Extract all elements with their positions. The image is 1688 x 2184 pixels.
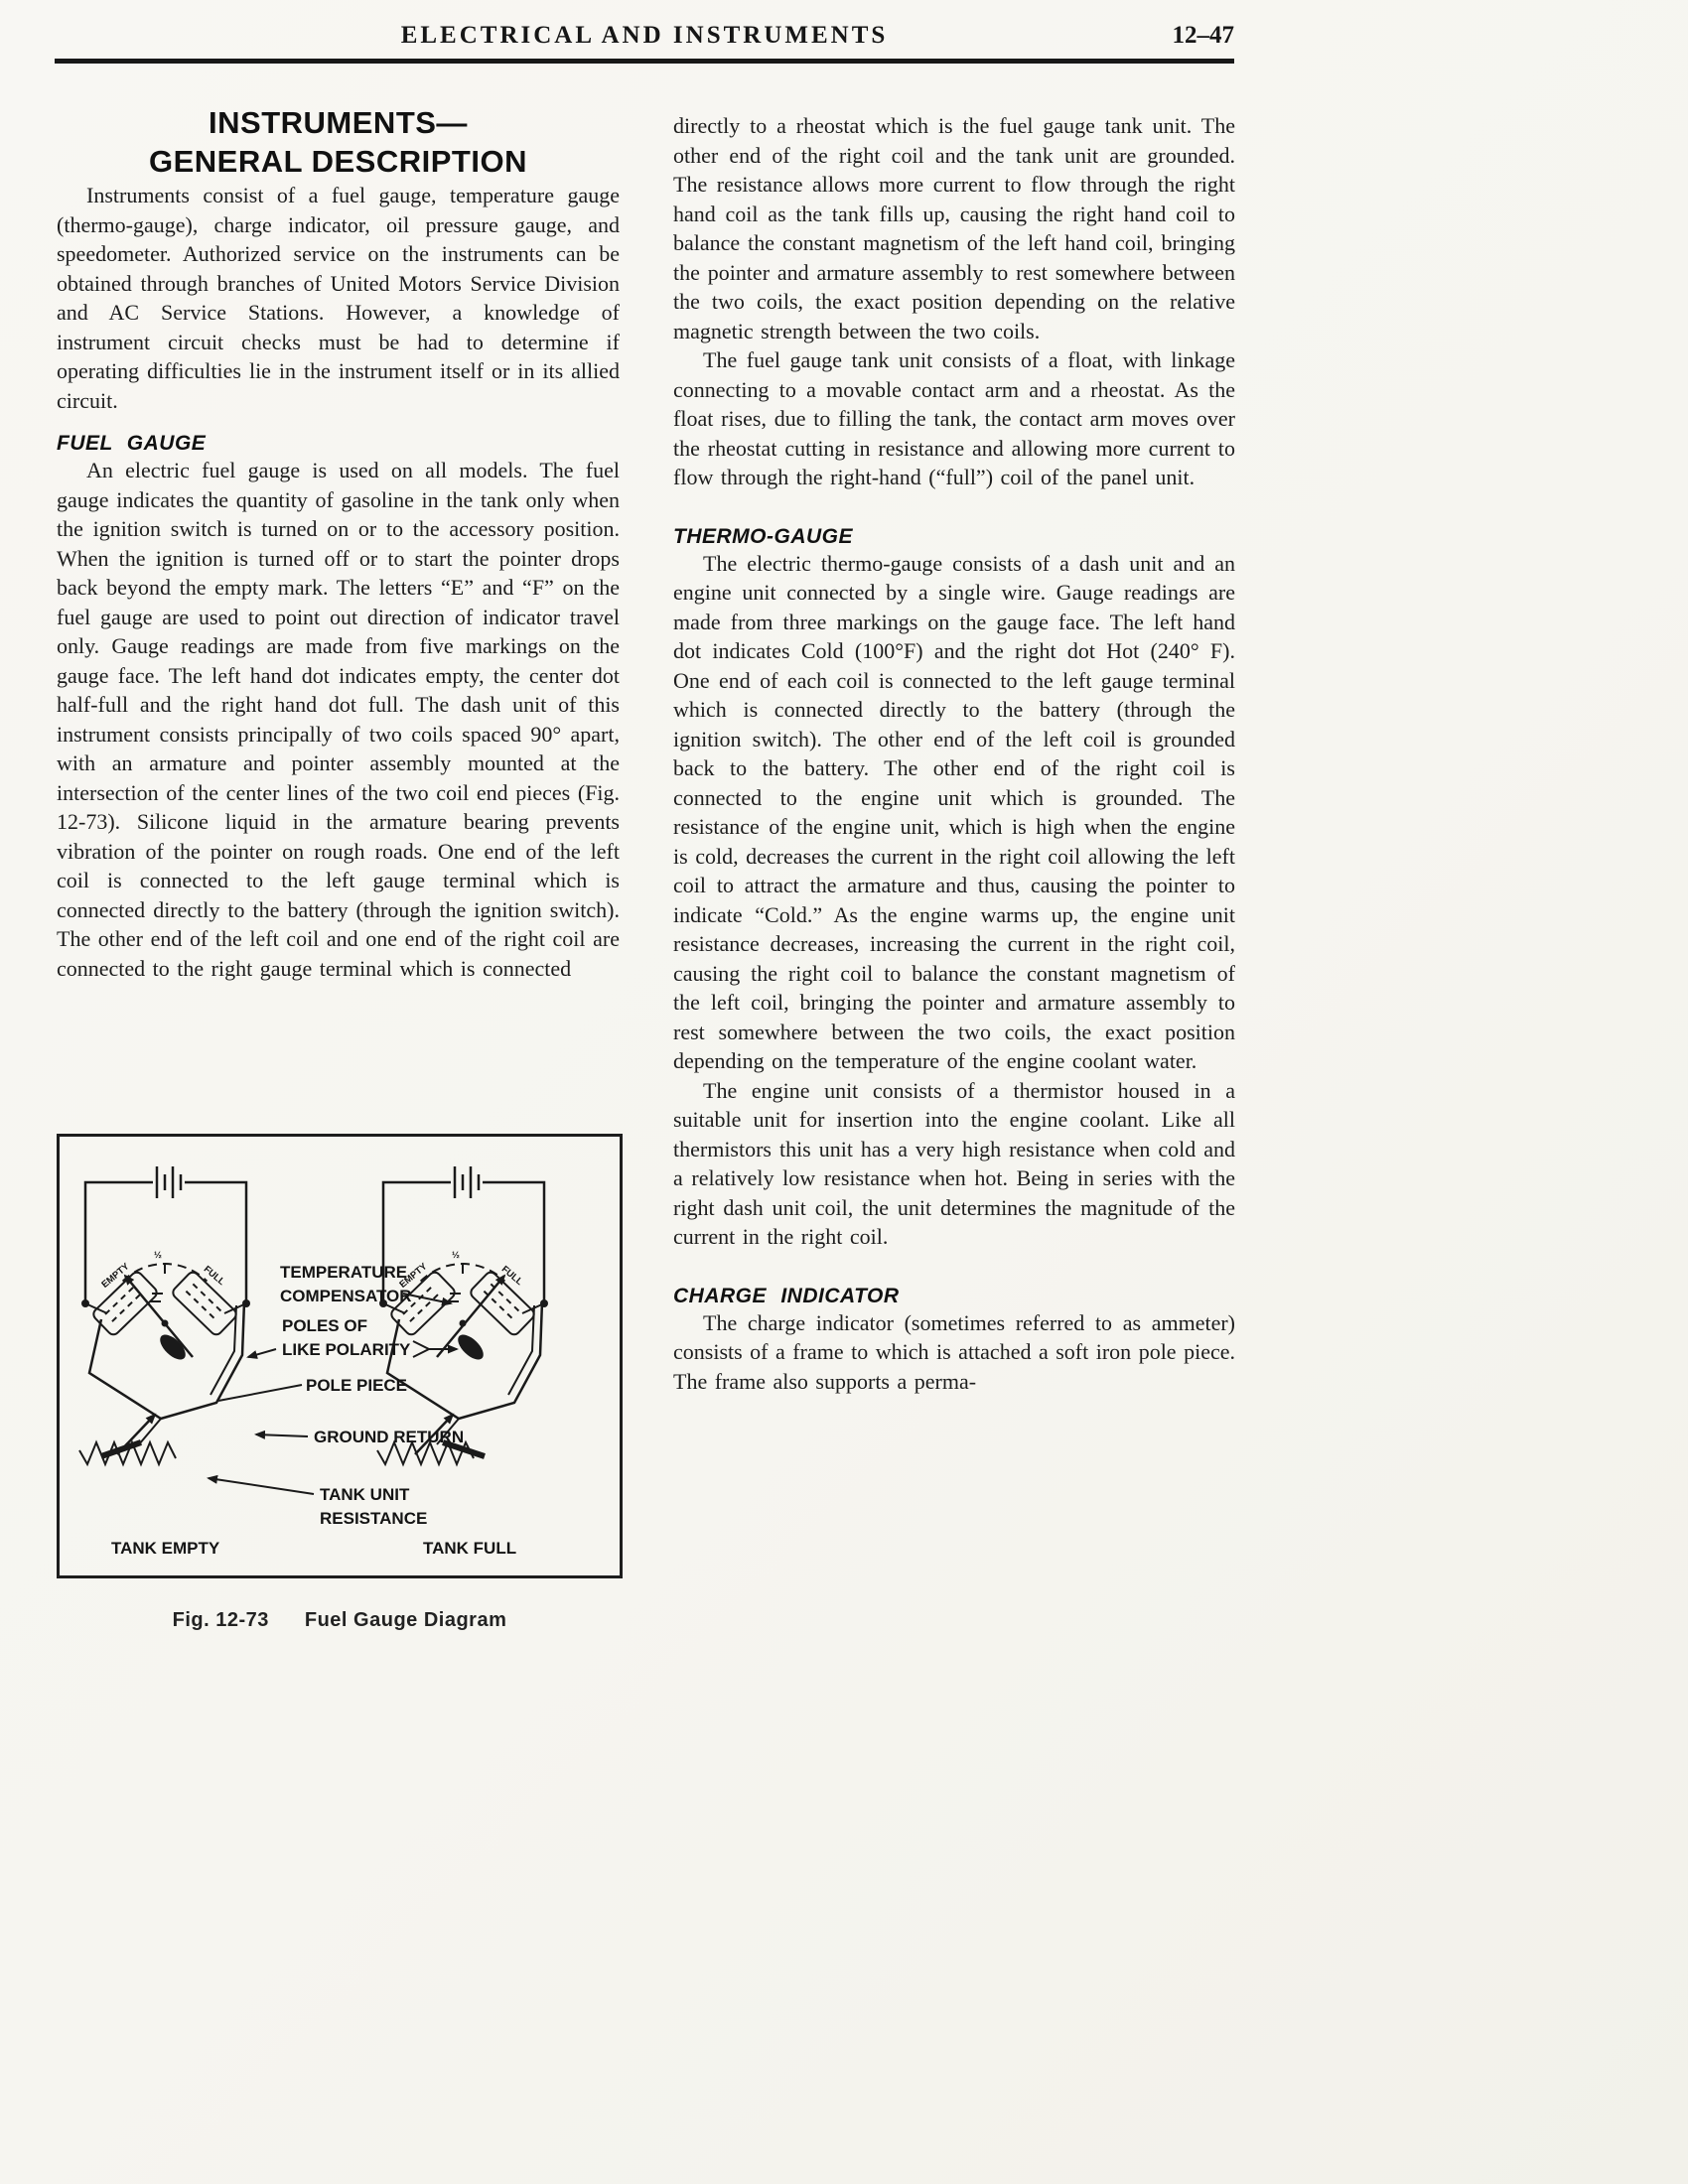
fuel-gauge-heading: FUEL GAUGE bbox=[57, 432, 620, 456]
temperature-compensator-label-line2: COMPENSATOR bbox=[280, 1287, 412, 1305]
fuel-gauge-figure: EMPTY ½ FULL EMPTY ½ FULL TEMPERATURE CO… bbox=[57, 1134, 623, 1632]
tank-full-label: TANK FULL bbox=[423, 1539, 516, 1558]
tank-full-diagram: EMPTY ½ FULL bbox=[377, 1166, 548, 1464]
ground-return-label: GROUND RETURN bbox=[314, 1428, 464, 1446]
figure-caption: Fig. 12-73Fuel Gauge Diagram bbox=[57, 1609, 623, 1632]
left-column: INSTRUMENTS— GENERAL DESCRIPTION Instrum… bbox=[57, 103, 620, 983]
poles-arrow-left bbox=[248, 1349, 276, 1357]
fuel-gauge-paragraph: An electric fuel gauge is used on all mo… bbox=[57, 456, 620, 983]
ground-return-arrow bbox=[256, 1434, 308, 1436]
poles-label-line2: LIKE POLARITY bbox=[282, 1340, 411, 1359]
thermo-gauge-heading: THERMO-GAUGE bbox=[673, 525, 1235, 549]
right-column: directly to a rheostat which is the fuel… bbox=[673, 111, 1235, 1396]
scale-half-label-right: ½ bbox=[452, 1250, 460, 1261]
fuel-gauge-continuation-paragraph: directly to a rheostat which is the fuel… bbox=[673, 111, 1235, 345]
header-rule bbox=[55, 59, 1234, 64]
tank-unit-label-line2: RESISTANCE bbox=[320, 1509, 427, 1528]
tank-empty-diagram: EMPTY ½ FULL bbox=[79, 1166, 250, 1464]
article-title-line1: INSTRUMENTS— bbox=[209, 105, 468, 140]
page-header-title: ELECTRICAL AND INSTRUMENTS bbox=[55, 22, 1234, 50]
tank-unit-paragraph: The fuel gauge tank unit consists of a f… bbox=[673, 345, 1235, 492]
pole-piece-leader bbox=[218, 1385, 302, 1401]
article-title-line2: GENERAL DESCRIPTION bbox=[149, 144, 527, 179]
thermo-gauge-paragraph-2: The engine unit consists of a thermistor… bbox=[673, 1076, 1235, 1252]
tank-unit-label-line1: TANK UNIT bbox=[320, 1485, 410, 1504]
poles-arrow-fork bbox=[413, 1341, 429, 1357]
poles-label-line1: POLES OF bbox=[282, 1316, 367, 1335]
charge-indicator-paragraph: The charge indicator (sometimes referred… bbox=[673, 1308, 1235, 1397]
scale-empty-label: EMPTY bbox=[99, 1261, 132, 1291]
intro-paragraph: Instruments consist of a fuel gauge, tem… bbox=[57, 181, 620, 415]
thermo-gauge-paragraph-1: The electric thermo-gauge consists of a … bbox=[673, 549, 1235, 1076]
tank-empty-label: TANK EMPTY bbox=[111, 1539, 220, 1558]
pole-piece-label: POLE PIECE bbox=[306, 1376, 407, 1395]
figure-caption-number: Fig. 12-73 bbox=[173, 1609, 269, 1631]
scale-half-label: ½ bbox=[154, 1250, 162, 1261]
manual-page: ELECTRICAL AND INSTRUMENTS 12–47 INSTRUM… bbox=[0, 0, 1688, 2184]
figure-caption-title: Fuel Gauge Diagram bbox=[305, 1609, 507, 1631]
page-number: 12–47 bbox=[1092, 22, 1234, 50]
temperature-compensator-label-line1: TEMPERATURE bbox=[280, 1263, 407, 1282]
charge-indicator-heading: CHARGE INDICATOR bbox=[673, 1285, 1235, 1308]
tank-unit-arrow bbox=[209, 1478, 314, 1494]
fuel-gauge-diagram: EMPTY ½ FULL EMPTY ½ FULL TEMPERATURE CO… bbox=[60, 1137, 620, 1575]
scale-full-label: FULL bbox=[202, 1264, 227, 1288]
figure-border-box: EMPTY ½ FULL EMPTY ½ FULL TEMPERATURE CO… bbox=[57, 1134, 623, 1578]
article-title: INSTRUMENTS— GENERAL DESCRIPTION bbox=[57, 103, 620, 181]
